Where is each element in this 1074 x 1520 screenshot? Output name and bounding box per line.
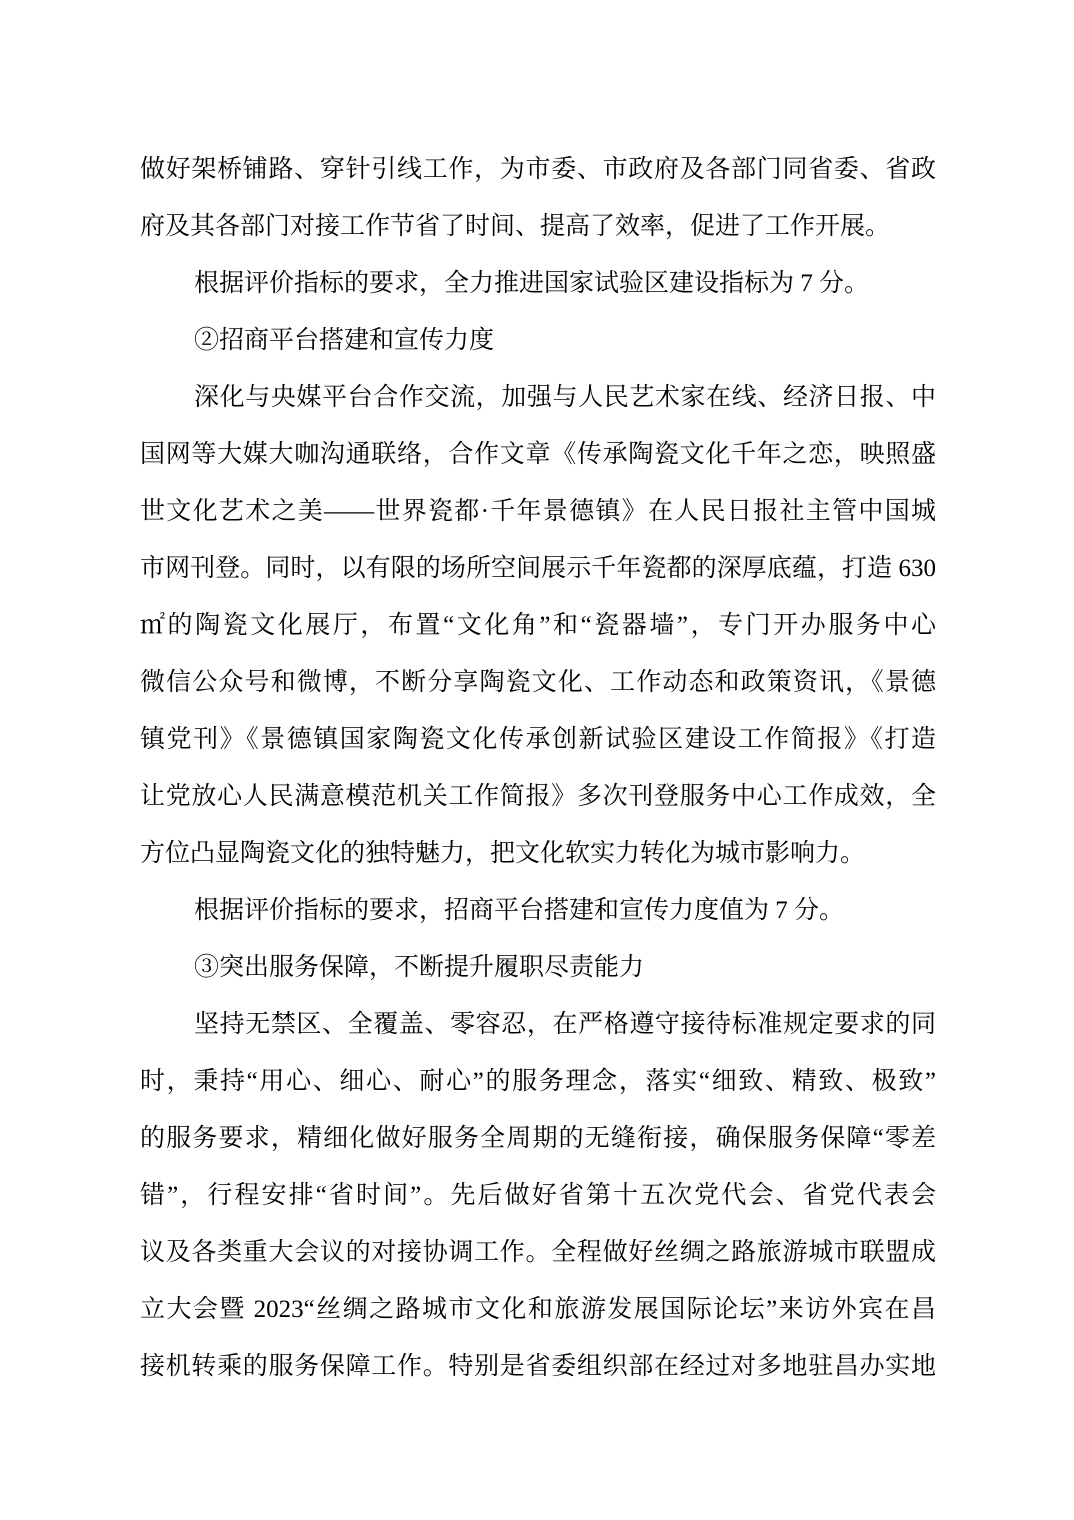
document-heading-3: ③突出服务保障，不断提升履职尽责能力 bbox=[140, 939, 936, 996]
document-line: 根据评价指标的要求，招商平台搭建和宣传力度值为 7 分。 bbox=[140, 882, 936, 939]
document-text-block: 做好架桥铺路、穿针引线工作，为市委、市政府及各部门同省委、省政 府及其各部门对接… bbox=[140, 141, 936, 1395]
document-line: 时，秉持“用心、细心、耐心”的服务理念，落实“细致、精致、极致” bbox=[140, 1053, 936, 1110]
document-line: ㎡的陶瓷文化展厅，布置“文化角”和“瓷器墙”，专门开办服务中心 bbox=[140, 597, 936, 654]
document-line: 坚持无禁区、全覆盖、零容忍，在严格遵守接待标准规定要求的同 bbox=[140, 996, 936, 1053]
document-line: 深化与央媒平台合作交流，加强与人民艺术家在线、经济日报、中 bbox=[140, 369, 936, 426]
document-line: 微信公众号和微博，不断分享陶瓷文化、工作动态和政策资讯，《景德 bbox=[140, 654, 936, 711]
document-line: 府及其各部门对接工作节省了时间、提高了效率，促进了工作开展。 bbox=[140, 198, 936, 255]
document-line: 做好架桥铺路、穿针引线工作，为市委、市政府及各部门同省委、省政 bbox=[140, 141, 936, 198]
document-line: 让党放心人民满意模范机关工作简报》多次刊登服务中心工作成效，全 bbox=[140, 768, 936, 825]
document-line: 世文化艺术之美——世界瓷都·千年景德镇》在人民日报社主管中国城 bbox=[140, 483, 936, 540]
document-line: 方位凸显陶瓷文化的独特魅力，把文化软实力转化为城市影响力。 bbox=[140, 825, 936, 882]
document-line: 国网等大媒大咖沟通联络，合作文章《传承陶瓷文化千年之恋，映照盛 bbox=[140, 426, 936, 483]
document-line: 错”，行程安排“省时间”。先后做好省第十五次党代会、省党代表会 bbox=[140, 1167, 936, 1224]
document-line: 接机转乘的服务保障工作。特别是省委组织部在经过对多地驻昌办实地 bbox=[140, 1338, 936, 1395]
document-line: 市网刊登。同时，以有限的场所空间展示千年瓷都的深厚底蕴，打造 630 bbox=[140, 540, 936, 597]
document-line: 根据评价指标的要求，全力推进国家试验区建设指标为 7 分。 bbox=[140, 255, 936, 312]
document-line: 镇党刊》《景德镇国家陶瓷文化传承创新试验区建设工作简报》《打造 bbox=[140, 711, 936, 768]
document-line: 议及各类重大会议的对接协调工作。全程做好丝绸之路旅游城市联盟成 bbox=[140, 1224, 936, 1281]
document-line: 的服务要求，精细化做好服务全周期的无缝衔接，确保服务保障“零差 bbox=[140, 1110, 936, 1167]
document-line: 立大会暨 2023“丝绸之路城市文化和旅游发展国际论坛”来访外宾在昌 bbox=[140, 1281, 936, 1338]
document-page: 做好架桥铺路、穿针引线工作，为市委、市政府及各部门同省委、省政 府及其各部门对接… bbox=[0, 0, 1074, 1520]
document-heading-2: ②招商平台搭建和宣传力度 bbox=[140, 312, 936, 369]
